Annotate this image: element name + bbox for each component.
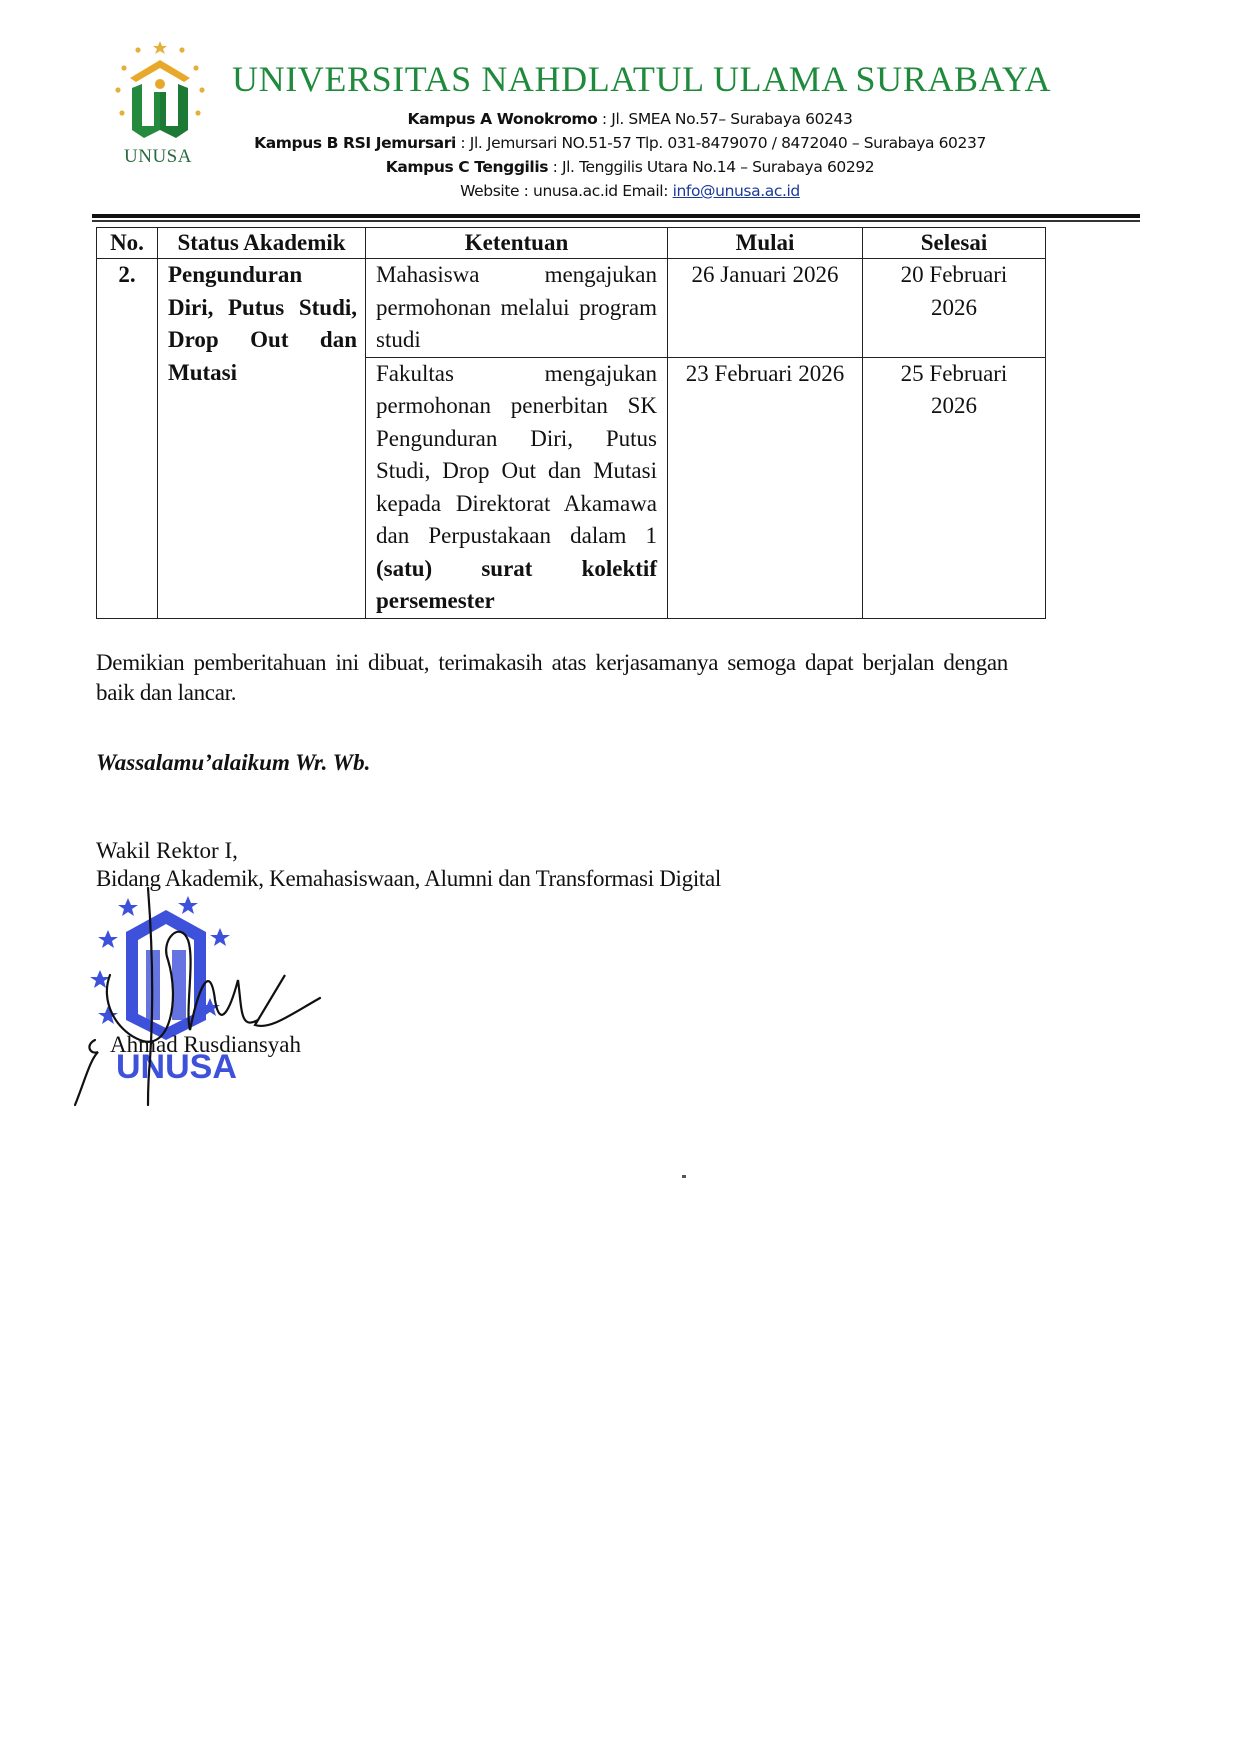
ketentuan-line: persemester xyxy=(376,585,657,618)
ketentuan-line: Fakultas mengajukan xyxy=(376,358,657,391)
ketentuan-line: Pengunduran Diri, Putus xyxy=(376,423,657,456)
header-selesai: Selesai xyxy=(863,228,1046,259)
closing-salutation: Wassalamu’alaikum Wr. Wb. xyxy=(96,750,370,776)
university-name: UNIVERSITAS NAHDLATUL ULAMA SURABAYA xyxy=(232,58,1022,100)
mulai-cell: 26 Januari 2026 xyxy=(668,259,863,358)
schedule-table: No. Status Akademik Ketentuan Mulai Sele… xyxy=(96,227,1046,619)
selesai-line: 2026 xyxy=(867,292,1041,325)
closing-paragraph: Demikian pemberitahuan ini dibuat, terim… xyxy=(96,648,1008,708)
campus-a-street: : Jl. SMEA No.57– Surabaya 60243 xyxy=(597,110,852,128)
selesai-line: 25 Februari xyxy=(867,358,1041,391)
ketentuan-line: permohonan penerbitan SK xyxy=(376,390,657,423)
status-line: Diri, Putus Studi, xyxy=(168,292,357,325)
status-line: Drop Out dan xyxy=(168,324,357,357)
row-number: 2. xyxy=(97,259,158,619)
header-ketentuan: Ketentuan xyxy=(366,228,668,259)
campus-b-label: Kampus B RSI Jemursari xyxy=(254,134,456,152)
ketentuan-line: studi xyxy=(376,324,657,357)
status-line: Mutasi xyxy=(168,357,357,390)
scan-speck xyxy=(682,1175,686,1178)
header-divider-thin xyxy=(92,220,1140,222)
header-mulai: Mulai xyxy=(668,228,863,259)
ketentuan-line: kepada Direktorat Akamawa xyxy=(376,488,657,521)
selesai-line: 20 Februari xyxy=(867,259,1041,292)
header-divider-thick xyxy=(92,214,1140,218)
campus-c-address: Kampus C Tenggilis : Jl. Tenggilis Utara… xyxy=(190,158,1070,176)
campus-b-address: Kampus B RSI Jemursari : Jl. Jemursari N… xyxy=(180,134,1060,152)
status-akademik-cell: Pengunduran Diri, Putus Studi, Drop Out … xyxy=(158,259,366,619)
campus-c-label: Kampus C Tenggilis xyxy=(386,158,548,176)
ketentuan-line: (satu) surat kolektif xyxy=(376,553,657,586)
email-link[interactable]: info@unusa.ac.id xyxy=(673,182,800,200)
status-line: Pengunduran xyxy=(168,259,357,292)
ketentuan-line: Mahasiswa mengajukan xyxy=(376,259,657,292)
ketentuan-cell: Mahasiswa mengajukan permohonan melalui … xyxy=(366,259,668,358)
ketentuan-line: dan Perpustakaan dalam 1 xyxy=(376,520,657,553)
selesai-cell: 25 Februari 2026 xyxy=(863,357,1046,618)
selesai-line: 2026 xyxy=(867,390,1041,423)
campus-a-address: Kampus A Wonokromo : Jl. SMEA No.57– Sur… xyxy=(190,110,1070,128)
header-status-akademik: Status Akademik xyxy=(158,228,366,259)
campus-c-street: : Jl. Tenggilis Utara No.14 – Surabaya 6… xyxy=(548,158,874,176)
header-no: No. xyxy=(97,228,158,259)
website-label: Website : unusa.ac.id Email: xyxy=(460,182,672,200)
unusa-logo-icon xyxy=(108,38,213,148)
mulai-cell: 23 Februari 2026 xyxy=(668,357,863,618)
ketentuan-line: Studi, Drop Out dan Mutasi xyxy=(376,455,657,488)
signer-title: Wakil Rektor I, xyxy=(96,838,238,864)
table-row: 2. Pengunduran Diri, Putus Studi, Drop O… xyxy=(97,259,1046,358)
table-header-row: No. Status Akademik Ketentuan Mulai Sele… xyxy=(97,228,1046,259)
campus-b-street: : Jl. Jemursari NO.51-57 Tlp. 031-847907… xyxy=(456,134,986,152)
ketentuan-line: permohonan melalui program xyxy=(376,292,657,325)
signer-name: Ahmad Rusdiansyah xyxy=(110,1032,301,1058)
selesai-cell: 20 Februari 2026 xyxy=(863,259,1046,358)
contact-line: Website : unusa.ac.id Email: info@unusa.… xyxy=(190,182,1070,200)
campus-a-label: Kampus A Wonokromo xyxy=(408,110,598,128)
signature-icon xyxy=(70,880,370,1110)
ketentuan-cell: Fakultas mengajukan permohonan penerbita… xyxy=(366,357,668,618)
